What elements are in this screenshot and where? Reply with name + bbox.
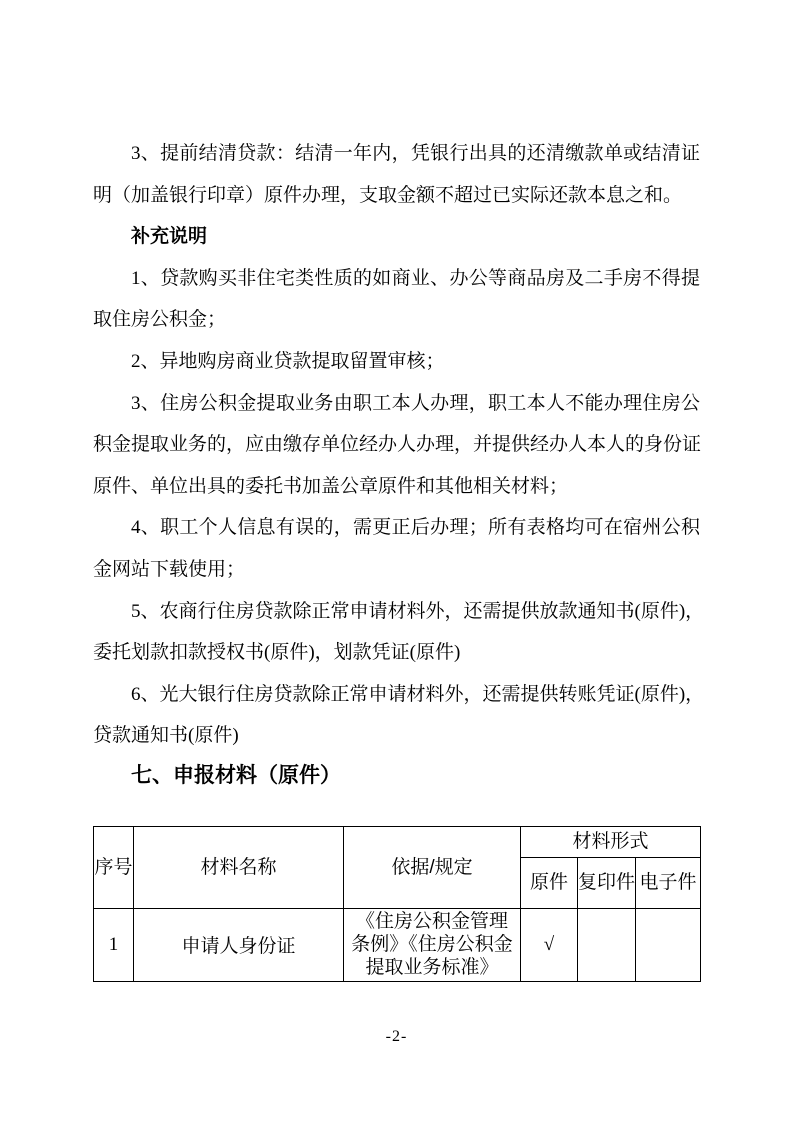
paragraph-line: 6、光大银行住房贷款除正常申请材料外，还需提供转账凭证(原件)， — [93, 674, 700, 716]
cell-copy — [578, 908, 636, 981]
column-header-original: 原件 — [521, 857, 578, 908]
column-header-index: 序号 — [94, 826, 134, 908]
cell-original-checkmark: √ — [521, 908, 578, 981]
paragraph-line: 5、农商行住房贷款除正常申请材料外，还需提供放款通知书(原件)， — [93, 591, 700, 633]
document-page: 3、提前结清贷款：结清一年内，凭银行出具的还清缴款单或结清证 明（加盖银行印章）… — [0, 0, 794, 1122]
column-header-material-name: 材料名称 — [134, 826, 344, 908]
column-header-copy: 复印件 — [578, 857, 636, 908]
document-content: 3、提前结清贷款：结清一年内，凭银行出具的还清缴款单或结清证 明（加盖银行印章）… — [93, 133, 700, 1046]
column-header-material-form: 材料形式 — [521, 826, 701, 857]
basis-line: 提取业务标准》 — [344, 956, 520, 979]
cell-basis: 《住房公积金管理 条例》《住房公积金 提取业务标准》 — [344, 908, 521, 981]
paragraph-line: 原件、单位出具的委托书加盖公章原件和其他相关材料； — [93, 466, 700, 508]
table-row: 1 申请人身份证 《住房公积金管理 条例》《住房公积金 提取业务标准》 √ — [94, 908, 701, 981]
basis-line: 《住房公积金管理 — [344, 910, 520, 933]
paragraph-line: 委托划款扣款授权书(原件)，划款凭证(原件) — [93, 632, 700, 674]
basis-line: 条例》《住房公积金 — [344, 933, 520, 956]
materials-table: 序号 材料名称 依据/规定 材料形式 原件 复印件 电子件 1 申请人身份证 《… — [93, 826, 701, 982]
paragraph-line: 3、住房公积金提取业务由职工本人办理，职工本人不能办理住房公 — [93, 383, 700, 425]
paragraph-line: 积金提取业务的，应由缴存单位经办人办理，并提供经办人本人的身份证 — [93, 424, 700, 466]
cell-electronic — [636, 908, 701, 981]
paragraph-line: 2、异地购房商业贷款提取留置审核； — [93, 341, 700, 383]
table-header-row-1: 序号 材料名称 依据/规定 材料形式 — [94, 826, 701, 857]
cell-index: 1 — [94, 908, 134, 981]
paragraph-line: 3、提前结清贷款：结清一年内，凭银行出具的还清缴款单或结清证 — [93, 133, 700, 175]
paragraph-line: 取住房公积金； — [93, 299, 700, 341]
paragraph-line: 明（加盖银行印章）原件办理，支取金额不超过已实际还款本息之和。 — [93, 175, 700, 217]
column-header-basis: 依据/规定 — [344, 826, 521, 908]
cell-material-name: 申请人身份证 — [134, 908, 344, 981]
paragraph-line: 4、职工个人信息有误的，需更正后办理；所有表格均可在宿州公积 — [93, 507, 700, 549]
section-heading-declaration-materials: 七、申报材料（原件） — [93, 763, 700, 788]
page-number: -2- — [93, 1028, 700, 1046]
paragraph-line: 贷款通知书(原件) — [93, 715, 700, 757]
subheading-supplementary-notes: 补充说明 — [93, 216, 700, 258]
paragraph-line: 1、贷款购买非住宅类性质的如商业、办公等商品房及二手房不得提 — [93, 258, 700, 300]
column-header-electronic: 电子件 — [636, 857, 701, 908]
paragraph-line: 金网站下载使用； — [93, 549, 700, 591]
